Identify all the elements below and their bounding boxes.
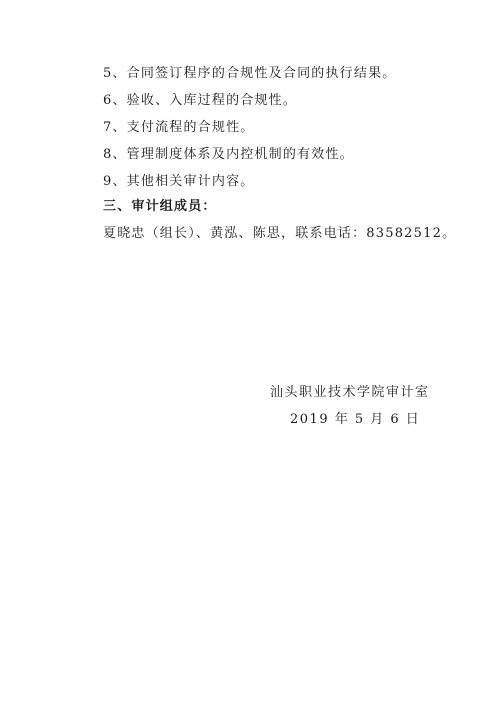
audit-item-8: 8、管理制度体系及内控机制的有效性。 [103,147,354,163]
audit-item-5: 5、合同签订程序的合规性及合同的执行结果。 [103,66,396,82]
section-heading-members: 三、审计组成员： [103,199,217,215]
audit-team-members: 夏晓忠（组长）、黄泓、陈思，联系电话：83582512。 [103,226,456,242]
signature-office: 汕头职业技术学院审计室 [270,385,430,401]
signature-date: 2019 年 5 月 6 日 [290,412,420,428]
audit-item-9: 9、其他相关审计内容。 [103,174,254,190]
audit-item-6: 6、验收、入库过程的合规性。 [103,93,297,109]
audit-item-7: 7、支付流程的合规性。 [103,120,254,136]
